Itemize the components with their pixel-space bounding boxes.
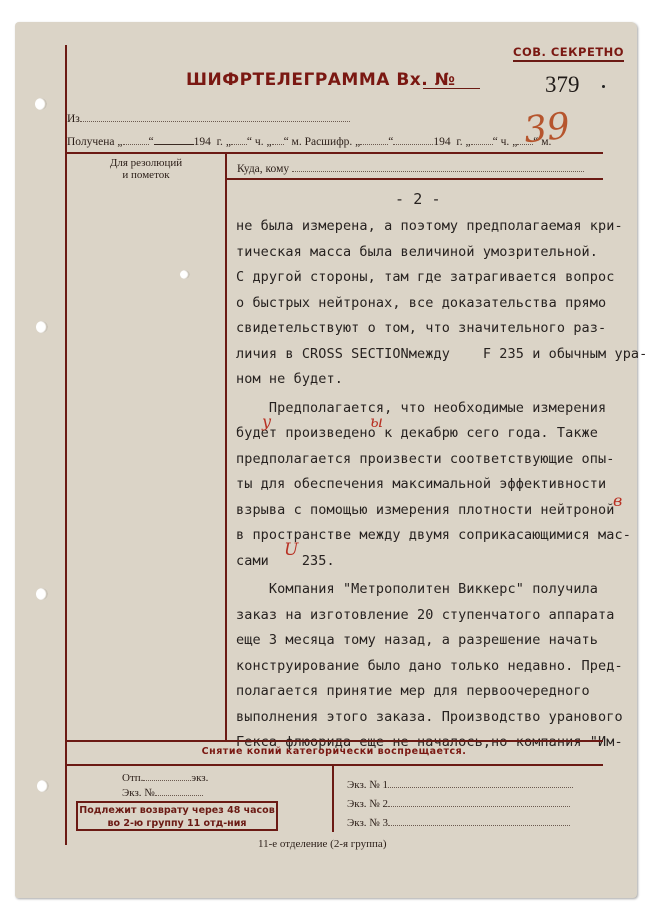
received-day-field[interactable]: [123, 144, 149, 145]
body-line: ты для обеспечения максимальной эффектив…: [236, 472, 636, 498]
resolutions-area[interactable]: [68, 185, 223, 740]
from-field-line[interactable]: [80, 121, 350, 122]
header-bottom-rule: [65, 152, 603, 154]
copy-recipient-field[interactable]: [388, 787, 573, 788]
return-notice-line1: Подлежит возврату через 48 часов: [78, 804, 276, 817]
body-bottom-rule: [65, 740, 603, 742]
incoming-number: 379: [545, 72, 580, 98]
resolutions-label-line1: Для резолюций: [67, 157, 225, 169]
copy-label: Экз. № 3: [347, 817, 388, 829]
decrypted-day-field[interactable]: [360, 144, 388, 145]
decrypted-hour-label: ч.: [501, 136, 510, 148]
sent-count-field[interactable]: [143, 780, 191, 781]
body-line: С другой стороны, там где затрагивается …: [236, 265, 636, 291]
copy-recipient-field[interactable]: [388, 825, 570, 826]
received-minute-field[interactable]: [272, 144, 284, 145]
copy-label: Экз. № 2: [347, 798, 388, 810]
body-line: еще 3 месяца тому назад, а разрешение на…: [236, 628, 636, 654]
received-year-prefix: 194: [194, 136, 211, 148]
copy-line-2: Экз. № 2: [347, 798, 570, 810]
ink-dot: [602, 85, 605, 88]
correction-mark: ы: [370, 412, 383, 431]
to-whom-row: Куда, кому: [237, 163, 584, 175]
body-line: ном не будет.: [236, 367, 636, 393]
copy-recipient-field[interactable]: [388, 806, 570, 807]
body-line: конструирование было дано только недавно…: [236, 654, 636, 680]
sent-label: Отп.: [122, 772, 143, 784]
decrypted-hour-field[interactable]: [471, 144, 493, 145]
body-line: заказ на изготовление 20 ступенчатого ап…: [236, 603, 636, 629]
sent-row: Отп.экз.: [122, 772, 208, 784]
punch-hole: [37, 780, 49, 792]
uranium-symbol-mark: U: [284, 540, 298, 560]
received-hour-field[interactable]: [231, 144, 247, 145]
punch-hole: [35, 98, 47, 110]
received-year-suffix: г.: [217, 136, 223, 148]
received-row: Получена „“194 г. „“ ч. „“ м. Расшифр. „…: [67, 136, 551, 148]
copy-label: Экз. № 1: [347, 779, 388, 791]
copy-number-field[interactable]: [155, 795, 203, 796]
title-number-underline: [423, 88, 480, 89]
body-line: взрыва с помощью измерения плотности ней…: [236, 498, 636, 524]
received-month-field[interactable]: [154, 144, 194, 145]
body-line: Предполагается, что необходимые измерени…: [236, 396, 636, 422]
from-field: Из: [67, 113, 350, 125]
to-whom-bottom-rule: [227, 178, 603, 180]
to-whom-label: Куда, кому: [237, 163, 289, 175]
received-minute-label: м.: [292, 136, 302, 148]
body-line: выполнения этого заказа. Производство ур…: [236, 705, 636, 731]
body-line: предполагается произвести соответствующи…: [236, 447, 636, 473]
punch-hole: [36, 588, 48, 600]
decrypted-month-field[interactable]: [393, 144, 433, 145]
body-line: будет произведено к декабрю сего года. Т…: [236, 421, 636, 447]
copy-number-label: Экз. №: [122, 787, 155, 799]
resolutions-label: Для резолюций и пометок: [67, 157, 225, 181]
body-line: не была измерена, а поэтому предполагаем…: [236, 214, 636, 240]
from-label: Из: [67, 113, 80, 125]
classification-stamp: СОВ. СЕКРЕТНО: [513, 45, 624, 62]
no-copy-notice: Снятие копий категорически воспрещается.: [65, 746, 603, 757]
resolution-column-divider: [225, 152, 227, 741]
return-notice-box: Подлежит возврату через 48 часов во 2-ю …: [76, 801, 278, 831]
copy-line-3: Экз. № 3: [347, 817, 570, 829]
decrypted-year-suffix: г.: [456, 136, 462, 148]
copy-number-row: Экз. №: [122, 787, 203, 799]
to-whom-field[interactable]: [292, 171, 584, 172]
received-hour-label: ч.: [255, 136, 264, 148]
body-line: Компания "Метрополитен Виккерс" получила: [236, 577, 636, 603]
body-line: о быстрых нейтронах, все доказательства …: [236, 291, 636, 317]
correction-mark: в: [613, 491, 622, 510]
sent-copies-suffix: экз.: [191, 772, 208, 784]
correction-mark: у: [262, 412, 271, 431]
form-title: ШИФРТЕЛЕГРАММА Вх. №: [186, 70, 456, 90]
handwritten-pencil-number: 39: [522, 106, 572, 152]
body-line: тическая масса была величиной умозритель…: [236, 240, 636, 266]
notice-bottom-rule: [65, 764, 603, 766]
page-marker: - 2 -: [395, 190, 455, 208]
body-line: полагается принятие мер для первоочередн…: [236, 679, 636, 705]
decrypted-label: Расшифр.: [305, 136, 353, 148]
copy-line-1: Экз. № 1: [347, 779, 573, 791]
body-line: свидетельствуют о том, что значительного…: [236, 316, 636, 342]
department-label: 11-е отделение (2-я группа): [258, 838, 386, 850]
return-notice-line2: во 2-ю группу 11 отд-ния: [78, 817, 276, 830]
resolutions-label-line2: и пометок: [67, 169, 225, 181]
footer-column-divider: [332, 765, 334, 832]
decrypted-year-prefix: 194: [433, 136, 450, 148]
received-label: Получена: [67, 136, 115, 148]
punch-hole: [36, 321, 48, 333]
telegram-body: не была измерена, а поэтому предполагаем…: [236, 214, 636, 756]
body-line: личия в CROSS SECTIONмежду F 235 и обычн…: [236, 342, 636, 368]
